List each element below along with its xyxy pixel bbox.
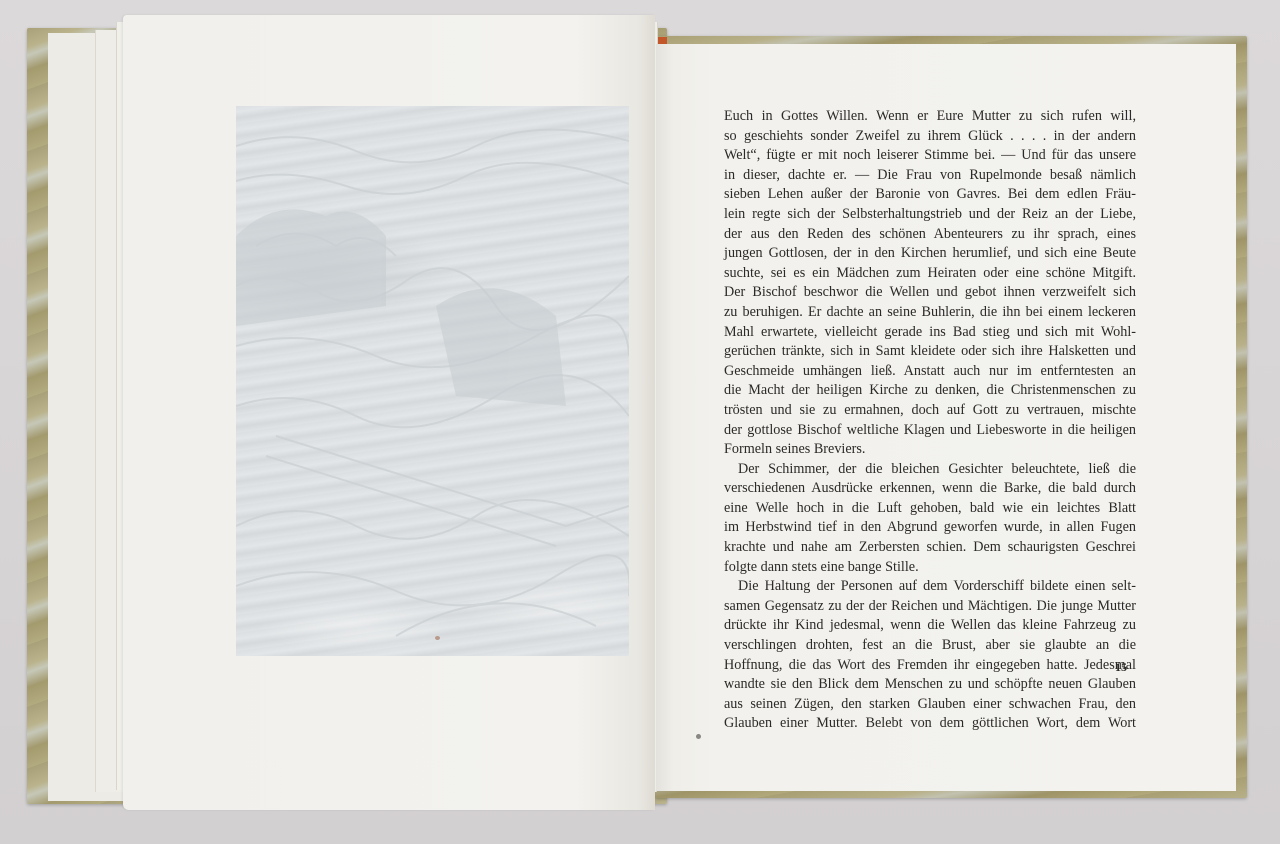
text-line: Euch in Gottes Willen. Wenn er Eure Mutt… (724, 107, 1136, 127)
text-line: Hoffnung, die das Wort des Fremden ihr e… (724, 656, 1136, 676)
text-line: gerüchen tränkte, sich in Samt kleidete … (724, 342, 1136, 362)
text-line: der aus den Reden des schönen Abenteurer… (724, 225, 1136, 245)
text-line: aus seinen Zügen, den starken Glauben ei… (724, 695, 1136, 715)
text-line: im Herbstwind tief in den Abgrund geworf… (724, 518, 1136, 538)
text-line: verschlingen drohten, fest an die Brust,… (724, 636, 1136, 656)
text-line: Welt“, fügte er mit noch leiserer Stimme… (724, 146, 1136, 166)
text-line: eine Welle hoch in die Luft gehoben, bal… (724, 499, 1136, 519)
text-line: suchte, sei es ein Mädchen zum Heiraten … (724, 264, 1136, 284)
text-line: drückte ihr Kind jedesmal, wenn die Well… (724, 616, 1136, 636)
text-line: die Macht der heiligen Kirche zu denken,… (724, 381, 1136, 401)
text-line: trösten und sie zu ermahnen, doch auf Go… (724, 401, 1136, 421)
text-line: der gottlose Bischof weltliche Klagen un… (724, 421, 1136, 441)
woodcut-illustration (236, 106, 629, 656)
waves-image-icon (236, 106, 629, 656)
text-line: zu beruhigen. Er dachte an seine Buhleri… (724, 303, 1136, 323)
text-line: Die Haltung der Personen auf dem Vorders… (724, 577, 1136, 597)
text-line: Der Bischof beschwor die Wellen und gebo… (724, 283, 1136, 303)
text-line: folgte dann stets eine bange Stille. (724, 558, 1136, 578)
text-line: lein regte sich der Selbsterhaltungstrie… (724, 205, 1136, 225)
text-line: verschiedenen Ausdrücke erkennen, wenn d… (724, 479, 1136, 499)
text-line: Glauben einer Mutter. Belebt von dem göt… (724, 714, 1136, 734)
text-line: Geschmeide umhängen ließ. Anstatt auch n… (724, 362, 1136, 382)
text-line: krachte und nahe am Zerbersten schien. D… (724, 538, 1136, 558)
page-text: Euch in Gottes Willen. Wenn er Eure Mutt… (724, 107, 1136, 734)
text-line: sieben Lehen außer der Baronie von Gavre… (724, 185, 1136, 205)
text-line: so geschiehts sonder Zweifel zu ihrem Gl… (724, 127, 1136, 147)
text-line: Der Schimmer, der die bleichen Gesichter… (724, 460, 1136, 480)
page-number: 15 (1115, 660, 1127, 675)
text-line: wandte sie den Blick dem Menschen zu und… (724, 675, 1136, 695)
text-line: Mahl erwartete, vielleicht gerade ins Ba… (724, 323, 1136, 343)
paper-spot (435, 636, 440, 640)
text-line: jungen Gottlosen, der in den Kirchen her… (724, 244, 1136, 264)
text-line: samen Gegensatz zu der der Reichen und M… (724, 597, 1136, 617)
text-line: in dieser, dachte er. — Die Frau von Rup… (724, 166, 1136, 186)
paper-spot (696, 734, 701, 739)
text-line: Formeln seines Breviers. (724, 440, 1136, 460)
